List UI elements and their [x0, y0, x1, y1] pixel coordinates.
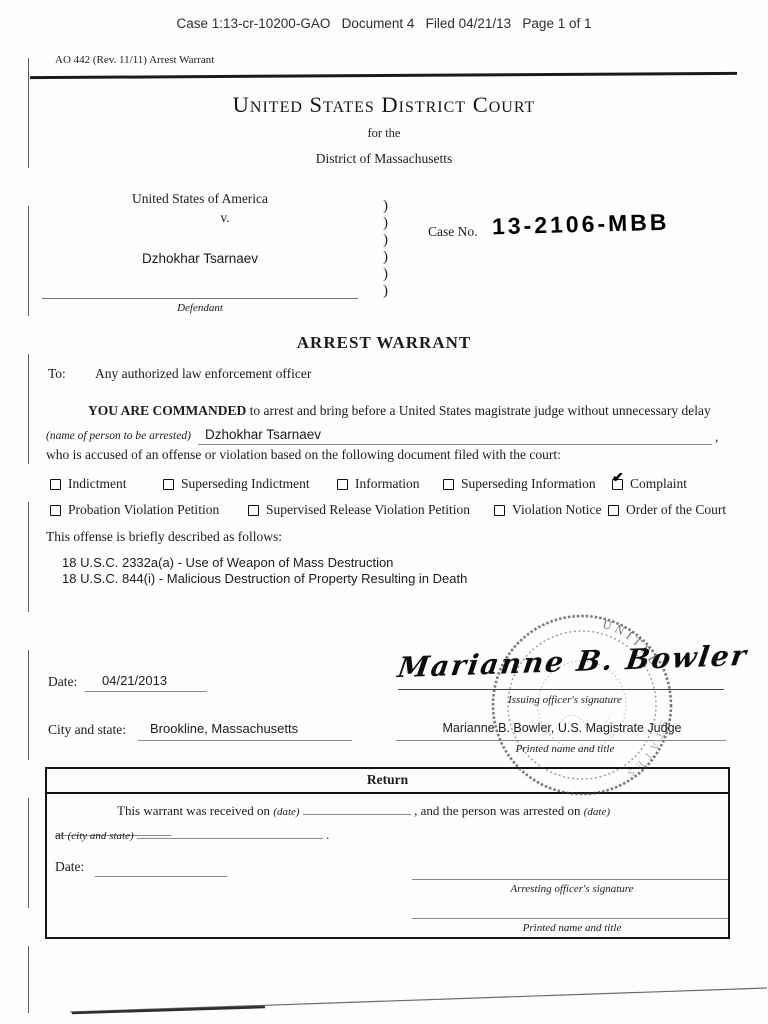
arresting-signature-caption: Arresting officer's signature	[427, 883, 717, 895]
checkbox-label: Order of the Court	[626, 502, 726, 518]
return-date-blank-line	[95, 876, 227, 877]
arrestee-name-line	[198, 444, 712, 445]
scan-bottom-edge	[0, 975, 768, 1024]
printed-name-line	[396, 740, 726, 741]
checkbox-label: Violation Notice	[512, 502, 602, 518]
checkbox-superseding-information: Superseding Information	[443, 476, 596, 492]
issuing-signature-line	[398, 689, 724, 690]
case-number-handwritten: 13-2106-MBB	[492, 209, 670, 241]
checkbox-complaint: Complaint	[612, 476, 687, 492]
checkbox-icon	[443, 479, 454, 490]
checkbox-icon	[50, 505, 61, 516]
checkbox-icon	[608, 505, 619, 516]
caption-paren-column: ) ) ) ) ) )	[383, 198, 388, 300]
case-number-label: Case No.	[428, 224, 478, 240]
return-arrested-mid: , and the person was arrested on	[411, 803, 584, 818]
checkbox-violation-notice: Violation Notice	[494, 502, 602, 518]
issue-date-label: Date:	[48, 674, 77, 690]
court-title: United States District Court	[94, 92, 674, 118]
issuing-officer-signature-script: Marianne B. Bowler	[396, 639, 750, 684]
issue-date-value: 04/21/2013	[102, 673, 167, 688]
return-period: .	[326, 827, 329, 842]
offense-document-row-2: Probation Violation Petition Supervised …	[0, 502, 768, 522]
return-date-label: Date:	[55, 859, 84, 875]
court-for-the: for the	[94, 126, 674, 141]
checkbox-label: Superseding Indictment	[181, 476, 310, 492]
issue-date-line	[85, 691, 207, 692]
checkbox-probation-violation-petition: Probation Violation Petition	[50, 502, 219, 518]
pacer-case-header: Case 1:13-cr-10200-GAO Document 4 Filed …	[0, 16, 768, 31]
issuing-signature-caption: Issuing officer's signature	[430, 694, 700, 706]
checkbox-label: Supervised Release Violation Petition	[266, 502, 470, 518]
accused-line: who is accused of an offense or violatio…	[46, 447, 561, 463]
return-date-hint-1: (date)	[273, 806, 299, 818]
checkbox-information: Information	[337, 476, 419, 492]
court-district: District of Massachusetts	[94, 151, 674, 167]
to-value: Any authorized law enforcement officer	[95, 366, 311, 382]
trailing-comma: ,	[715, 429, 718, 445]
checkbox-icon	[494, 505, 505, 516]
court-heading: United States District Court for the Dis…	[94, 92, 674, 167]
checkbox-supervised-release-violation-petition: Supervised Release Violation Petition	[248, 502, 470, 518]
defendant-name: Dzhokhar Tsarnaev	[40, 251, 360, 266]
plaintiff-name: United States of America	[40, 191, 360, 207]
scanned-arrest-warrant-page: Case 1:13-cr-10200-GAO Document 4 Filed …	[0, 0, 768, 1024]
arrestee-name: Dzhokhar Tsarnaev	[205, 427, 321, 442]
return-city-hint: (city and state)	[68, 830, 134, 842]
defendant-caption: Defendant	[40, 302, 360, 314]
arresting-printed-name-line	[412, 918, 728, 919]
checkbox-icon	[50, 479, 61, 490]
offense-charge-1: 18 U.S.C. 2332a(a) - Use of Weapon of Ma…	[62, 555, 393, 570]
arresting-signature-line	[412, 879, 728, 880]
offense-intro: This offense is briefly described as fol…	[46, 529, 282, 545]
offense-charge-2: 18 U.S.C. 844(i) - Malicious Destruction…	[62, 571, 467, 586]
printed-name-value: Marianne B. Bowler, U.S. Magistrate Judg…	[400, 721, 724, 735]
return-received-date-blank	[303, 802, 411, 815]
defendant-signature-line	[42, 298, 358, 299]
checkbox-label: Information	[355, 476, 419, 492]
checkbox-label: Superseding Information	[461, 476, 596, 492]
checkbox-order-of-the-court: Order of the Court	[608, 502, 726, 518]
name-of-person-hint: (name of person to be arrested)	[46, 430, 191, 442]
checkbox-icon	[612, 479, 623, 490]
return-date-hint-2: (date)	[584, 806, 610, 818]
checkbox-indictment: Indictment	[50, 476, 126, 492]
checkbox-label: Complaint	[630, 476, 687, 492]
checkbox-label: Indictment	[68, 476, 126, 492]
checkbox-icon	[163, 479, 174, 490]
checkbox-superseding-indictment: Superseding Indictment	[163, 476, 310, 492]
document-title: ARREST WARRANT	[0, 333, 768, 353]
return-city-blank	[137, 826, 323, 839]
city-state-label: City and state:	[48, 722, 126, 738]
scan-left-edge	[28, 58, 29, 1013]
return-at-line: at (city and state) .	[55, 826, 329, 843]
command-paragraph: YOU ARE COMMANDED to arrest and bring be…	[46, 403, 730, 419]
printed-name-caption: Printed name and title	[430, 743, 700, 755]
versus: v.	[40, 210, 410, 226]
command-bold: YOU ARE COMMANDED	[88, 403, 246, 418]
return-at-prefix: at	[55, 827, 68, 842]
city-state-line	[138, 740, 352, 741]
checkbox-label: Probation Violation Petition	[68, 502, 219, 518]
command-rest: to arrest and bring before a United Stat…	[246, 403, 710, 418]
checkbox-icon	[248, 505, 259, 516]
to-label: To:	[48, 366, 66, 382]
arresting-printed-caption: Printed name and title	[427, 922, 717, 934]
return-received-prefix: This warrant was received on	[117, 803, 273, 818]
checkbox-icon	[337, 479, 348, 490]
header-rule	[30, 72, 737, 79]
city-state-value: Brookline, Massachusetts	[150, 721, 298, 736]
form-number: AO 442 (Rev. 11/11) Arrest Warrant	[55, 54, 214, 66]
offense-document-row-1: Indictment Superseding Indictment Inform…	[0, 476, 768, 496]
